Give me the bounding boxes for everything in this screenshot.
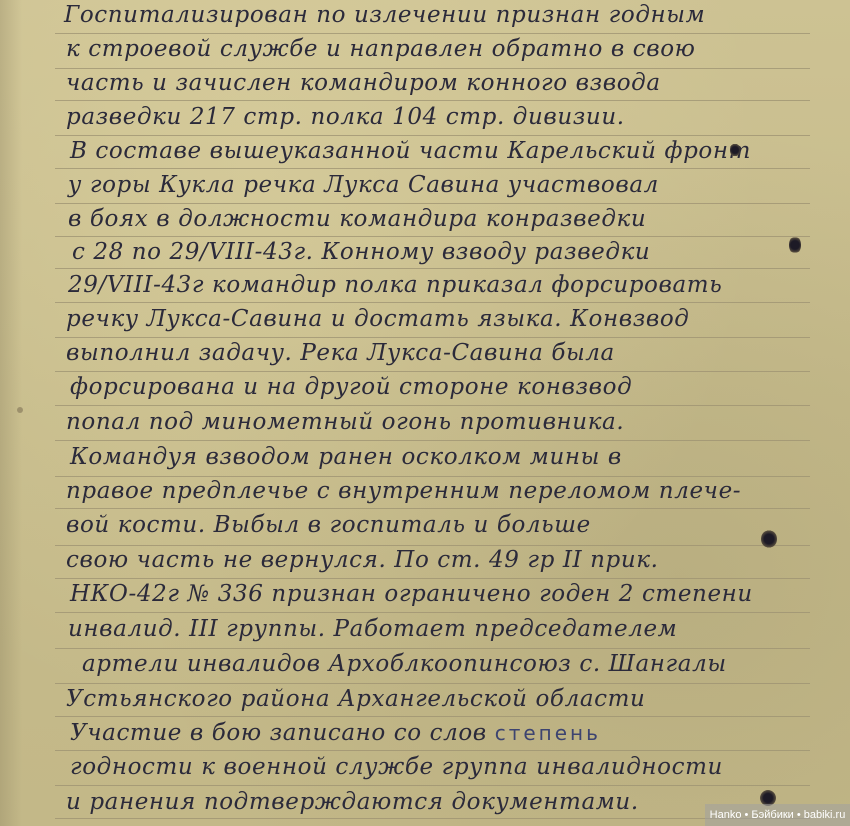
watermark: Hanko • Бэйбики • babiki.ru <box>705 804 850 826</box>
text-line: вой кости. Выбыл в госпиталь и больше <box>66 512 591 538</box>
ruled-line <box>55 302 810 303</box>
text-line: в боях в должности командира конразведки <box>68 206 646 232</box>
ruled-line <box>55 785 810 786</box>
typed-stamp-text: степень <box>495 721 601 745</box>
text-line: 29/VIII-43г командир полка приказал форс… <box>68 272 722 298</box>
ruled-line <box>55 440 810 441</box>
ruled-line <box>55 683 810 684</box>
text-line: В составе вышеуказанной части Карельский… <box>70 138 751 164</box>
text-line: свою часть не вернулся. По ст. 49 гр II … <box>66 547 659 573</box>
ruled-line <box>55 648 810 649</box>
text-line: Госпитализирован по излечении признан го… <box>64 2 705 28</box>
text-line: форсирована и на другой стороне конвзвод <box>70 374 632 400</box>
text-line: и ранения подтверждаются документами. <box>66 789 639 815</box>
ruled-line <box>55 405 810 406</box>
ruled-line <box>55 750 810 751</box>
text-line: НКО-42г № 336 признан ограничено годен 2… <box>70 581 753 607</box>
text-line: правое предплечье с внутренним переломом… <box>66 478 741 504</box>
ruled-line <box>55 100 810 101</box>
ruled-line <box>55 716 810 717</box>
ruled-line <box>55 236 810 237</box>
text-line-content: Участие в бою записано со слов <box>70 720 487 746</box>
text-line: Участие в бою записано со слов степень <box>70 720 601 746</box>
text-line: выполнил задачу. Река Лукса-Савина была <box>66 340 615 366</box>
ruled-line <box>55 545 810 546</box>
ink-blot <box>730 143 740 157</box>
page-edge-shadow <box>0 0 22 826</box>
paper-hole <box>789 236 801 254</box>
ruled-line <box>55 135 810 136</box>
text-line: инвалид. III группы. Работает председате… <box>68 616 677 642</box>
ruled-line <box>55 476 810 477</box>
ruled-line <box>55 168 810 169</box>
text-line: годности к военной службе группа инвалид… <box>70 754 723 780</box>
ruled-line <box>55 268 810 269</box>
text-line: часть и зачислен командиром конного взво… <box>66 70 661 96</box>
text-line: Устьянского района Архангельской области <box>66 686 645 712</box>
ruled-line <box>55 371 810 372</box>
ruled-line <box>55 68 810 69</box>
paper-hole <box>761 530 777 548</box>
ruled-line <box>55 33 810 34</box>
ruled-line <box>55 578 810 579</box>
paper-speck <box>17 407 23 413</box>
text-line: у горы Кукла речка Лукса Савина участвов… <box>68 172 659 198</box>
text-line: артели инвалидов Архоблкоопинсоюз с. Шан… <box>82 651 727 677</box>
document-page: Госпитализирован по излечении признан го… <box>0 0 850 826</box>
text-line: Командуя взводом ранен осколком мины в <box>70 444 622 470</box>
ruled-line <box>55 612 810 613</box>
text-line: разведки 217 стр. полка 104 стр. дивизии… <box>66 104 625 130</box>
text-line: попал под минометный огонь противника. <box>66 409 624 435</box>
ruled-line <box>55 818 810 819</box>
ruled-line <box>55 337 810 338</box>
ruled-line <box>55 508 810 509</box>
text-line: к строевой службе и направлен обратно в … <box>66 36 696 62</box>
text-line: с 28 по 29/VIII-43г. Конному взводу разв… <box>72 239 650 265</box>
text-line: речку Лукса-Савина и достать языка. Конв… <box>66 306 689 332</box>
ruled-line <box>55 203 810 204</box>
